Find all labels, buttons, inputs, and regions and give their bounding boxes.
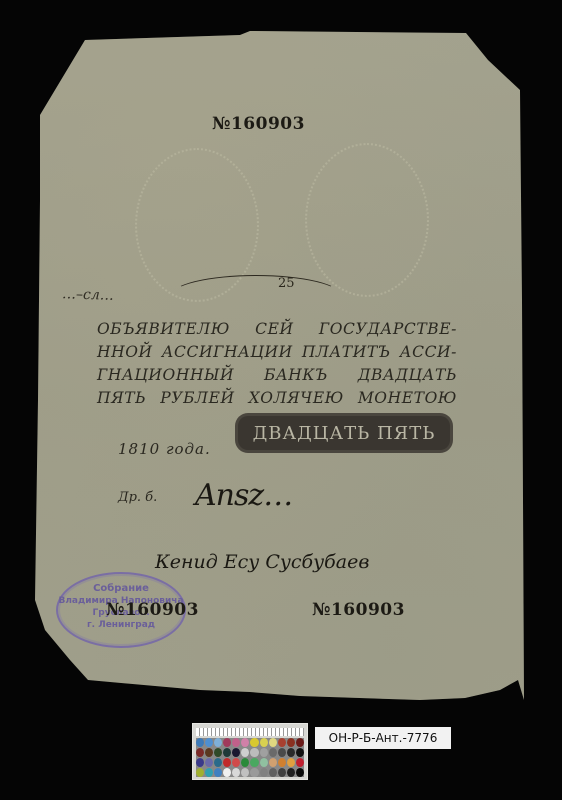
color-swatch <box>296 748 304 757</box>
color-swatch <box>250 748 258 757</box>
banknote-main-text: Объявителю сей государстве- нной ассигна… <box>97 318 457 410</box>
denomination-plate: ДВАДЦАТЬ ПЯТЬ <box>238 416 450 450</box>
color-swatch <box>205 748 213 757</box>
signature-flourish <box>170 275 342 317</box>
color-swatch <box>214 748 222 757</box>
main-text-line: пять рублей холячею монетою <box>97 387 457 410</box>
color-swatch <box>287 768 295 777</box>
color-swatch <box>278 758 286 767</box>
color-swatch <box>223 738 231 747</box>
color-swatch <box>241 758 249 767</box>
color-swatch <box>296 738 304 747</box>
color-swatch <box>214 738 222 747</box>
color-swatch <box>223 758 231 767</box>
serial-number-top: №160903 <box>212 114 305 134</box>
color-swatch <box>196 738 204 747</box>
color-swatch <box>196 748 204 757</box>
color-swatch <box>223 748 231 757</box>
color-swatch <box>260 738 268 747</box>
color-swatch <box>205 738 213 747</box>
color-swatch <box>269 758 277 767</box>
color-swatch-grid <box>196 738 304 777</box>
color-swatch <box>269 738 277 747</box>
stamp-line: г. Ленинград <box>58 619 184 631</box>
calibration-ruler <box>196 728 304 736</box>
color-swatch <box>260 748 268 757</box>
signature-prefix: Др. б. <box>118 490 157 505</box>
color-swatch <box>260 768 268 777</box>
main-text-line: Объявителю сей государстве- <box>97 318 457 341</box>
color-swatch <box>232 738 240 747</box>
color-swatch <box>278 768 286 777</box>
color-swatch <box>296 768 304 777</box>
color-swatch <box>296 758 304 767</box>
cashier-signature: Кенид Есу Сусбубаев <box>155 551 369 573</box>
color-swatch <box>287 758 295 767</box>
serial-number-bottom-left: №160903 <box>106 600 199 620</box>
color-swatch <box>269 748 277 757</box>
main-text-line: нной ассигнации платитъ асси- <box>97 341 457 364</box>
color-swatch <box>214 768 222 777</box>
year-text: 1810 года. <box>118 440 211 458</box>
color-swatch <box>196 768 204 777</box>
color-swatch <box>232 768 240 777</box>
director-signature: Ansz… <box>195 478 292 513</box>
serial-number-bottom-right: №160903 <box>312 600 405 620</box>
archive-label: ОН-Р-Б-Ант.-7776 <box>315 727 451 749</box>
color-swatch <box>287 748 295 757</box>
watermark-oval-right <box>305 143 429 297</box>
color-swatch <box>223 768 231 777</box>
color-swatch <box>250 758 258 767</box>
color-swatch <box>287 738 295 747</box>
color-swatch <box>196 758 204 767</box>
color-swatch <box>214 758 222 767</box>
color-swatch <box>269 768 277 777</box>
color-swatch <box>241 738 249 747</box>
color-swatch <box>205 758 213 767</box>
main-text-line: гнационный банкъ двадцать <box>97 364 457 387</box>
color-swatch <box>232 748 240 757</box>
color-swatch <box>250 738 258 747</box>
color-swatch <box>232 758 240 767</box>
banknote: №160903 25 …–сл… Объявителю сей государс… <box>0 0 562 800</box>
stamp-line: Собрание <box>58 583 184 595</box>
color-swatch <box>205 768 213 777</box>
color-swatch <box>260 758 268 767</box>
color-swatch <box>241 768 249 777</box>
color-swatch <box>241 748 249 757</box>
color-calibration-target <box>192 723 308 780</box>
color-swatch <box>278 738 286 747</box>
color-swatch <box>278 748 286 757</box>
color-swatch <box>250 768 258 777</box>
signature-scrawl: …–сл… <box>62 286 114 304</box>
